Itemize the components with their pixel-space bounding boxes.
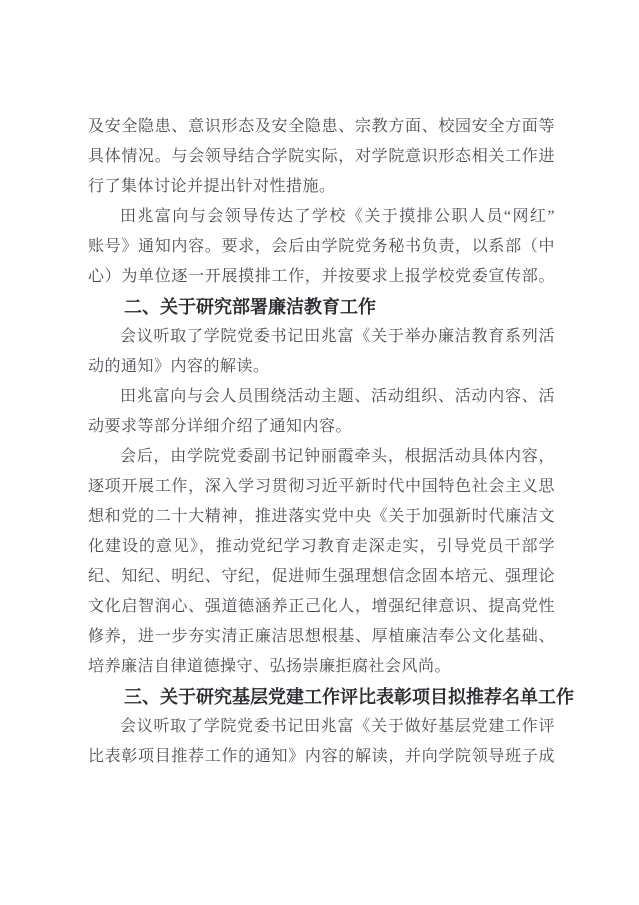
text-line: 动的通知》内容的解读。 xyxy=(88,352,555,382)
text-line: 化建设的意见》，推动党纪学习教育走深走实，引导党员干部学 xyxy=(88,532,555,562)
text-line: 培养廉洁自律道德操守、弘扬崇廉拒腐社会风尚。 xyxy=(88,652,555,682)
text-line: 田兆富向与会人员围绕活动主题、活动组织、活动内容、活 xyxy=(88,382,555,412)
text-line: 逐项开展工作，深入学习贯彻习近平新时代中国特色社会主义思 xyxy=(88,472,555,502)
text-line: 比表彰项目推荐工作的通知》内容的解读，并向学院领导班子成 xyxy=(88,742,555,772)
text-line: 会议听取了学院党委书记田兆富《关于举办廉洁教育系列活 xyxy=(88,322,555,352)
text-line: 文化启智润心、强道德涵养正己化人，增强纪律意识、提高党性 xyxy=(88,592,555,622)
document-text-block: 及安全隐患、意识形态及安全隐患、宗教方面、校园安全方面等具体情况。与会领导结合学… xyxy=(88,112,555,772)
text-line: 动要求等部分详细介绍了通知内容。 xyxy=(88,412,555,442)
document-page: 及安全隐患、意识形态及安全隐患、宗教方面、校园安全方面等具体情况。与会领导结合学… xyxy=(0,0,639,905)
text-line: 修养，进一步夯实清正廉洁思想根基、厚植廉洁奉公文化基础、 xyxy=(88,622,555,652)
text-line: 会议听取了学院党委书记田兆富《关于做好基层党建工作评 xyxy=(88,712,555,742)
text-line: 田兆富向与会领导传达了学校《关于摸排公职人员“网红” xyxy=(88,202,555,232)
text-line: 及安全隐患、意识形态及安全隐患、宗教方面、校园安全方面等 xyxy=(88,112,555,142)
text-line: 想和党的二十大精神，推进落实党中央《关于加强新时代廉洁文 xyxy=(88,502,555,532)
section-heading: 三、关于研究基层党建工作评比表彰项目拟推荐名单工作 xyxy=(88,682,555,712)
text-line: 会后，由学院党委副书记钟丽霞牵头，根据活动具体内容， xyxy=(88,442,555,472)
text-line: 账号》通知内容。要求，会后由学院党务秘书负责，以系部（中 xyxy=(88,232,555,262)
text-line: 纪、知纪、明纪、守纪，促进师生强理想信念固本培元、强理论 xyxy=(88,562,555,592)
section-heading: 二、关于研究部署廉洁教育工作 xyxy=(88,292,555,322)
text-line: 行了集体讨论并提出针对性措施。 xyxy=(88,172,555,202)
text-line: 心）为单位逐一开展摸排工作，并按要求上报学校党委宣传部。 xyxy=(88,262,555,292)
text-line: 具体情况。与会领导结合学院实际，对学院意识形态相关工作进 xyxy=(88,142,555,172)
